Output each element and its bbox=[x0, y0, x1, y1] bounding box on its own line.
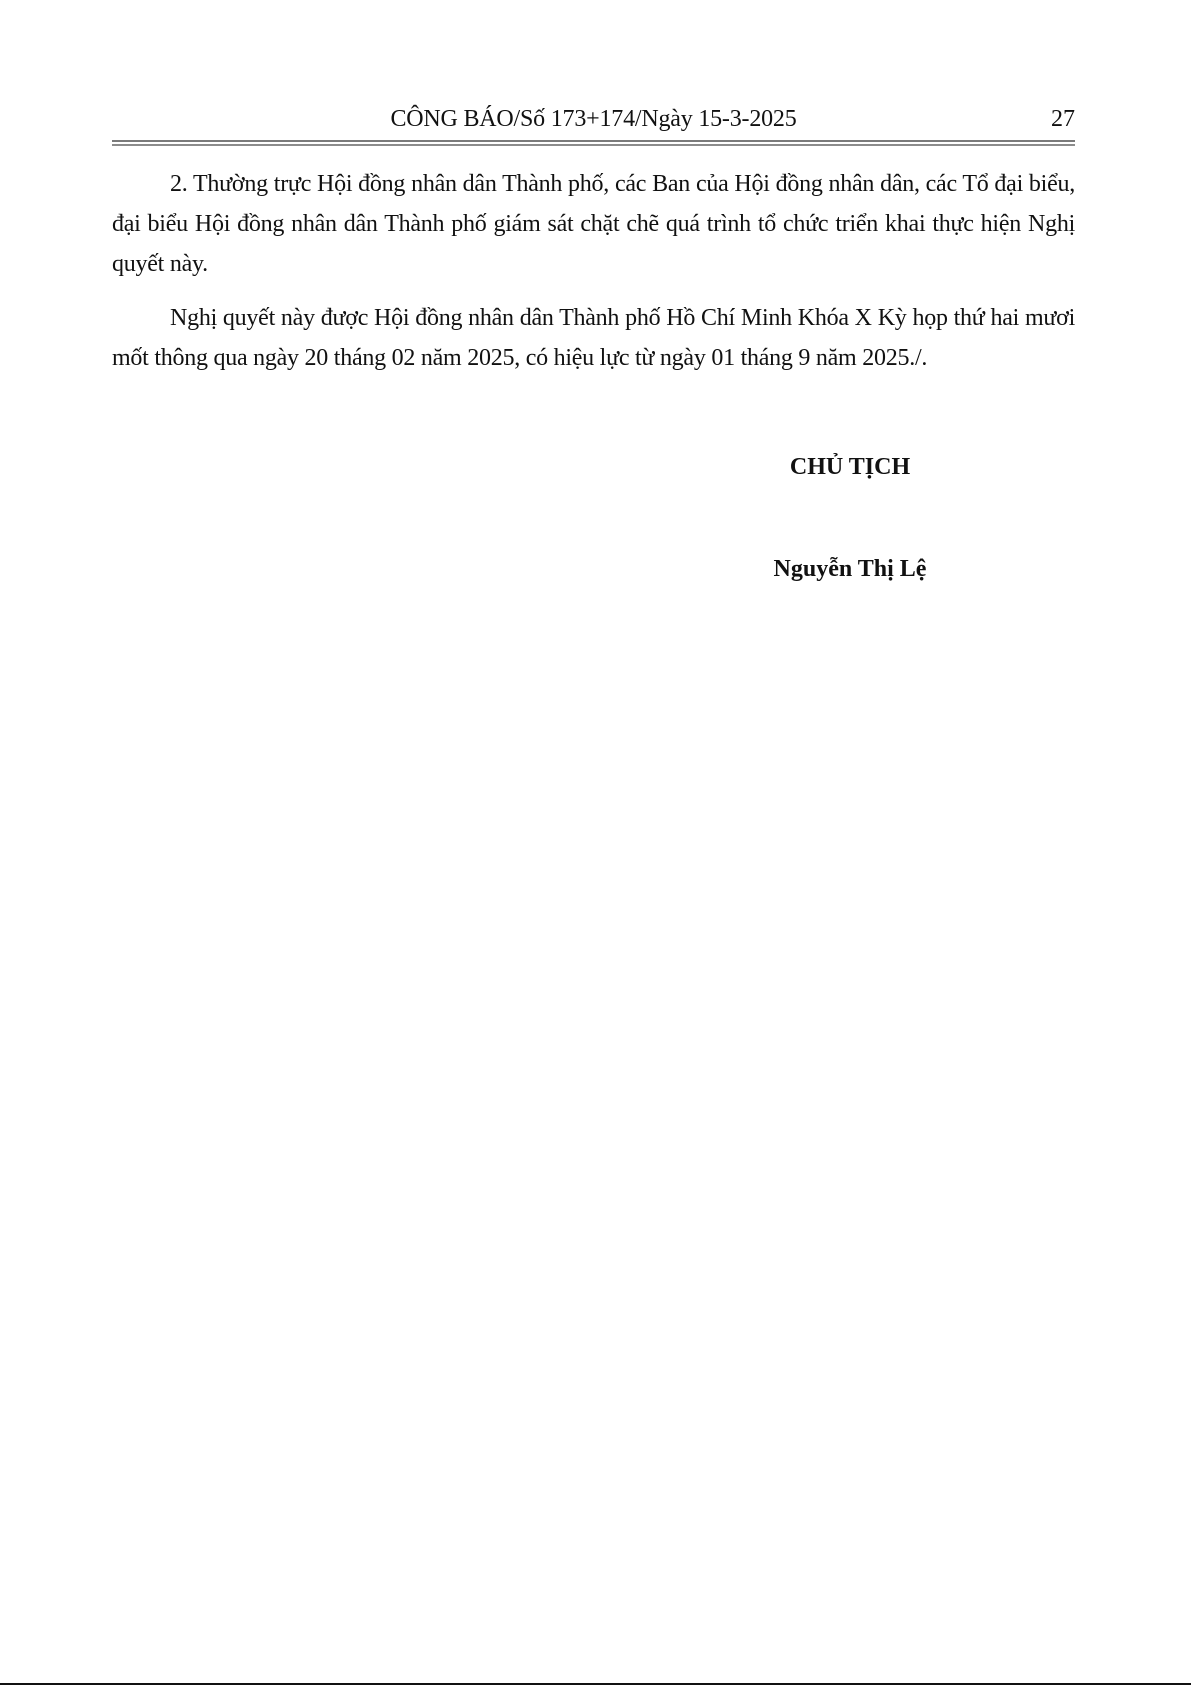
page-number: 27 bbox=[1051, 104, 1075, 134]
header-divider-bottom bbox=[112, 144, 1075, 146]
gazette-header-title: CÔNG BÁO/Số 173+174/Ngày 15-3-2025 bbox=[112, 104, 1075, 134]
signature-title: CHỦ TỊCH bbox=[700, 450, 1000, 484]
paragraph-text: 2. Thường trực Hội đồng nhân dân Thành p… bbox=[112, 164, 1075, 284]
signatory-name: Nguyễn Thị Lệ bbox=[702, 552, 998, 586]
header-divider-top bbox=[112, 140, 1075, 142]
body-paragraph-1: 2. Thường trực Hội đồng nhân dân Thành p… bbox=[112, 164, 1075, 284]
page-header: CÔNG BÁO/Số 173+174/Ngày 15-3-2025 27 bbox=[112, 104, 1075, 134]
paragraph-text: Nghị quyết này được Hội đồng nhân dân Th… bbox=[112, 298, 1075, 378]
body-paragraph-2: Nghị quyết này được Hội đồng nhân dân Th… bbox=[112, 298, 1075, 378]
